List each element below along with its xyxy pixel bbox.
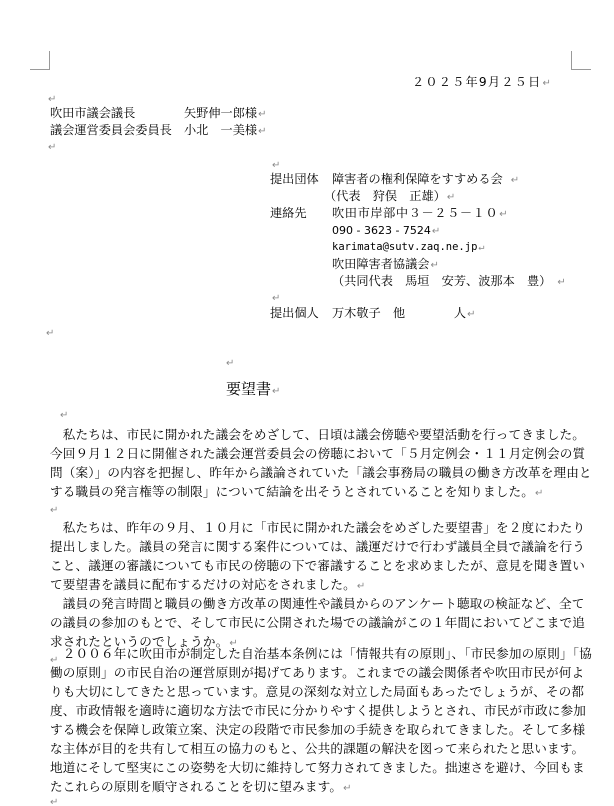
- body-line: 私たちは、昨年の９月、１０月に「市民に開かれた議会をめざした要望書」を２度にわた…: [50, 520, 585, 536]
- paragraph-mark-icon: ↵: [467, 309, 475, 320]
- contact-email: karimata@sutv.zaq.ne.jp↵: [332, 240, 484, 255]
- recipient-title: 吹田市議会議長: [50, 106, 184, 121]
- contact-council-reps: （共同代表 馬垣 安芳、波那本 豊）↵: [332, 274, 566, 290]
- body-line: する職員の発言権等の制限」について結論を出そうとされていることを知りました。↵: [50, 484, 544, 502]
- org-name: 障害者の権利保障をすすめる会: [332, 172, 503, 186]
- phone-text: 090 - 3623 - 7524: [332, 224, 431, 237]
- paragraph-mark-icon: ↵: [272, 160, 280, 172]
- document-date: ２０２５年9月２５日↵: [412, 75, 552, 91]
- paragraph-mark-icon: ↵: [272, 293, 280, 305]
- body-line: 度、市政情報を適時に適切な方法で市民に分かりやすく提供しようとされ、市民が市政に…: [50, 703, 586, 719]
- individual-label: 提出個人: [270, 306, 332, 321]
- body-line: こと、議運の審議についても市民の傍聴の下で審議することを求めましたが、意見を聞き…: [50, 558, 585, 574]
- body-line: 今回９月１２日に開催された議会運営委員会の傍聴において「５月定例会・１１月定例会…: [50, 446, 585, 462]
- email-text: karimata@sutv.zaq.ne.jp: [332, 241, 477, 253]
- body-line-text: て要望書を議員に配布するだけの対応をされました。: [50, 577, 356, 592]
- paragraph-mark-icon: ↵: [431, 260, 439, 271]
- recipient-name: 矢野伸一郎様: [184, 106, 257, 120]
- body-line: て要望書を議員に配布するだけの対応をされました。↵: [50, 577, 365, 595]
- recipient-1: 吹田市議会議長矢野伸一郎様↵: [50, 106, 267, 122]
- body-line-text: たこれらの原則を順守されることを切に望みます。: [50, 779, 342, 794]
- paragraph-mark-icon: ↵: [258, 109, 266, 120]
- body-line: 働の原則」の市民自治の運営原則が掲げてあります。これまでの議会関係者や吹田市民が…: [50, 665, 584, 681]
- contact-council: 吹田障害者協議会↵: [332, 257, 439, 273]
- submitter-org: 提出団体障害者の権利保障をすすめる会↵: [270, 172, 519, 188]
- org-label: 提出団体: [270, 172, 332, 187]
- submitter-representative: （代表 狩俣 正雄）↵: [324, 189, 455, 205]
- body-line: する機会を保障し政策立案、決定の段階で市民参加の手続きを取られてきました。そして…: [50, 722, 585, 738]
- address-text: 吹田市岸部中３－２５－１０: [332, 206, 498, 220]
- paragraph-mark-icon: ↵: [226, 358, 234, 370]
- body-line: りも大切にしてきたと思っています。意見の深刻な対立した局面もあったでしょうが、そ…: [50, 684, 584, 700]
- paragraph-mark-icon: ↵: [46, 328, 54, 340]
- document-page: ２０２５年9月２５日↵ ↵ 吹田市議会議長矢野伸一郎様↵ 議会運営委員会委員長小…: [0, 0, 614, 806]
- paragraph-mark-icon: ↵: [478, 242, 484, 253]
- paragraph-mark-icon: ↵: [499, 209, 507, 220]
- paragraph-mark-icon: ↵: [50, 797, 58, 806]
- council-text: 吹田障害者協議会: [332, 257, 430, 271]
- individual-name: 万木敬子 他 人: [332, 306, 466, 320]
- contact-address: 連絡先吹田市岸部中３－２５－１０↵: [270, 206, 508, 222]
- paragraph-mark-icon: ↵: [511, 175, 519, 186]
- paragraph-mark-icon: ↵: [60, 410, 68, 422]
- paragraph-mark-icon: ↵: [432, 226, 440, 237]
- body-line: 議員の発言時間と職員の働き方改革の関連性や議員からのアンケート聴取の検証など、全…: [50, 596, 584, 612]
- body-line: 私たちは、市民に開かれた議会をめざして、日頃は議会傍聴や要望活動を行ってきました…: [50, 427, 585, 443]
- body-line: 地道にそして堅実にこの姿勢を大切に維持して努力されてきました。拙速さを避け、今回…: [50, 760, 585, 776]
- paragraph-mark-icon: ↵: [542, 78, 552, 89]
- recipient-name: 小北 一美様: [184, 123, 257, 137]
- body-line: ２００６年に吹田市が制定した自治基本条例には「情報共有の原則」、「市民参加の原則…: [50, 646, 592, 662]
- body-line: 問（案）」の内容を把握し、昨年から議論されていた「議会事務局の職員の働き方改革を…: [50, 465, 592, 481]
- body-line-text: する職員の発言権等の制限」について結論を出そうとされていることを知りました。: [50, 484, 534, 499]
- margin-corner-mark-top-right: [571, 51, 591, 70]
- recipient-title: 議会運営委員会委員長: [50, 123, 184, 138]
- paragraph-mark-icon: ↵: [557, 277, 565, 288]
- paragraph-mark-icon: ↵: [535, 488, 544, 499]
- representative-text: （代表 狩俣 正雄）: [324, 189, 446, 203]
- contact-label: 連絡先: [270, 206, 332, 221]
- paragraph-mark-icon: ↵: [48, 142, 56, 154]
- paragraph-mark-icon: ↵: [48, 94, 56, 106]
- paragraph-mark-icon: ↵: [50, 505, 58, 517]
- paragraph-mark-icon: ↵: [343, 783, 352, 794]
- document-title: 要望書↵: [226, 380, 280, 401]
- recipient-2: 議会運営委員会委員長小北 一美様↵: [50, 123, 267, 139]
- submitter-individual: 提出個人万木敬子 他 人↵: [270, 306, 475, 322]
- title-text: 要望書: [226, 380, 271, 398]
- contact-phone: 090 - 3623 - 7524↵: [332, 223, 440, 239]
- paragraph-mark-icon: ↵: [357, 581, 366, 592]
- paragraph-mark-icon: ↵: [447, 192, 455, 203]
- body-line: の議員の参加のもとで、そして市民に公開された場での議論がこの１年間においてどこま…: [50, 615, 585, 631]
- margin-corner-mark-top-left: [30, 51, 50, 70]
- paragraph-mark-icon: ↵: [258, 126, 266, 137]
- council-reps-text: （共同代表 馬垣 安芳、波那本 豊）: [332, 274, 551, 288]
- paragraph-mark-icon: ↵: [272, 386, 280, 397]
- body-line: 提出しました。議員の発言に関する案件については、議運だけで行わず議員全員で議論を…: [50, 539, 585, 555]
- date-text: ２０２５年9月２５日: [412, 75, 541, 89]
- body-line: たこれらの原則を順守されることを切に望みます。↵: [50, 779, 352, 797]
- body-line: な主体が目的を共有して相互の協力のもと、公共的課題の解決を図って来られたと思いま…: [50, 741, 584, 757]
